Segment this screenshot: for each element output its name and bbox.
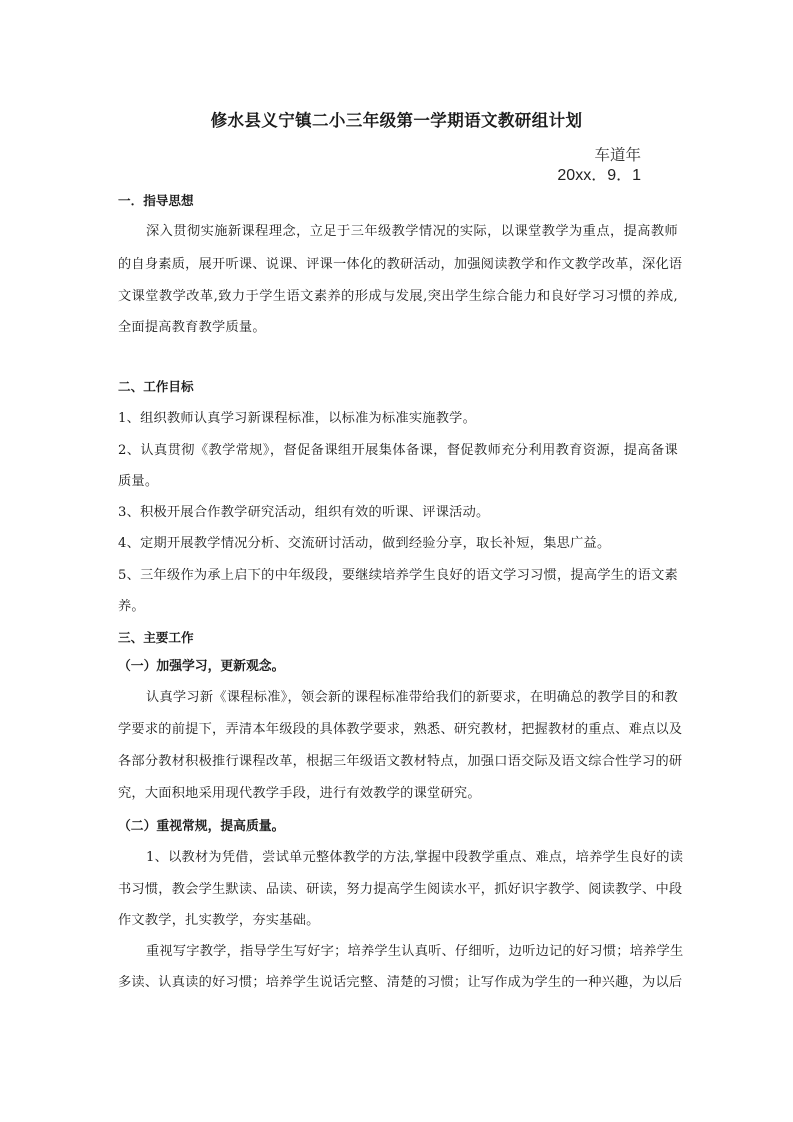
- section-heading-guiding-ideology: 一．指导思想: [118, 193, 194, 209]
- section-heading-main-work: 三、主要工作: [118, 630, 194, 646]
- subsection-heading-study: （一）加强学习，更新观念。: [118, 659, 284, 675]
- paragraph-line: 各部分教材积极推行课程改革，根据三年级语文教材特点，加强口语交际及语文综合性学习…: [118, 754, 678, 770]
- paragraph-line: 书习惯，教会学生默读、品读、研读，努力提高学生阅读水平，抓好识字教学、阅读教学、…: [118, 882, 678, 898]
- paragraph-line: 究，大面积地采用现代教学手段，进行有效教学的课堂研究。: [118, 786, 678, 802]
- goal-item: 1、组织教师认真学习新课程标准，以标准为标准实施教学。: [118, 411, 678, 427]
- subsection-heading-routine: （二）重视常规，提高质量。: [118, 819, 284, 835]
- goal-item: 2、认真贯彻《教学常规》，督促备课组开展集体备课，督促教师充分利用教育资源，提高…: [118, 443, 678, 459]
- paragraph-line: 的自身素质，展开听课、说课、评课一体化的教研活动，加强阅读教学和作文教学改革，深…: [118, 257, 678, 273]
- document-author: 车道年: [594, 145, 641, 165]
- paragraph-line: 认真学习新《课程标准》，领会新的课程标准带给我们的新要求，在明确总的教学目的和教: [146, 690, 678, 706]
- section-heading-work-goals: 二、工作目标: [118, 379, 194, 395]
- goal-item-continuation: 养。: [118, 599, 678, 615]
- goal-item-continuation: 质量。: [118, 474, 678, 490]
- paragraph-line: 全面提高教育教学质量。: [118, 320, 678, 336]
- paragraph-line: 作文教学，扎实教学，夯实基础。: [118, 913, 678, 929]
- paragraph-line: 学要求的前提下，弄清本年级段的具体教学要求，熟悉、研究教材，把握教材的重点、难点…: [118, 722, 678, 738]
- paragraph-line: 深入贯彻实施新课程理念，立足于三年级教学情况的实际，以课堂教学为重点，提高教师: [146, 224, 678, 240]
- paragraph-line: 重视写字教学，指导学生写好字；培养学生认真听、仔细听，边听边记的好习惯；培养学生: [146, 944, 678, 960]
- goal-item: 3、积极开展合作教学研究活动，组织有效的听课、评课活动。: [118, 505, 678, 521]
- paragraph-line: 文课堂教学改革,致力于学生语文素养的形成与发展,突出学生综合能力和良好学习习惯的…: [118, 289, 678, 305]
- goal-item: 4、定期开展教学情况分析、交流研讨活动，做到经验分享，取长补短，集思广益。: [118, 536, 678, 552]
- goal-item: 5、三年级作为承上启下的中年级段，要继续培养学生良好的语文学习习惯，提高学生的语…: [118, 568, 678, 584]
- document-page: 修水县义宁镇二小三年级第一学期语文教研组计划 车道年 20xx．9．1 一．指导…: [0, 0, 793, 1122]
- document-title: 修水县义宁镇二小三年级第一学期语文教研组计划: [0, 111, 793, 131]
- document-date: 20xx．9．1: [557, 166, 641, 186]
- paragraph-line: 1、以教材为凭借，尝试单元整体教学的方法,掌握中段教学重点、难点，培养学生良好的…: [146, 850, 678, 866]
- paragraph-line: 多读、认真读的好习惯；培养学生说话完整、清楚的习惯；让写作成为学生的一种兴趣，为…: [118, 975, 678, 991]
